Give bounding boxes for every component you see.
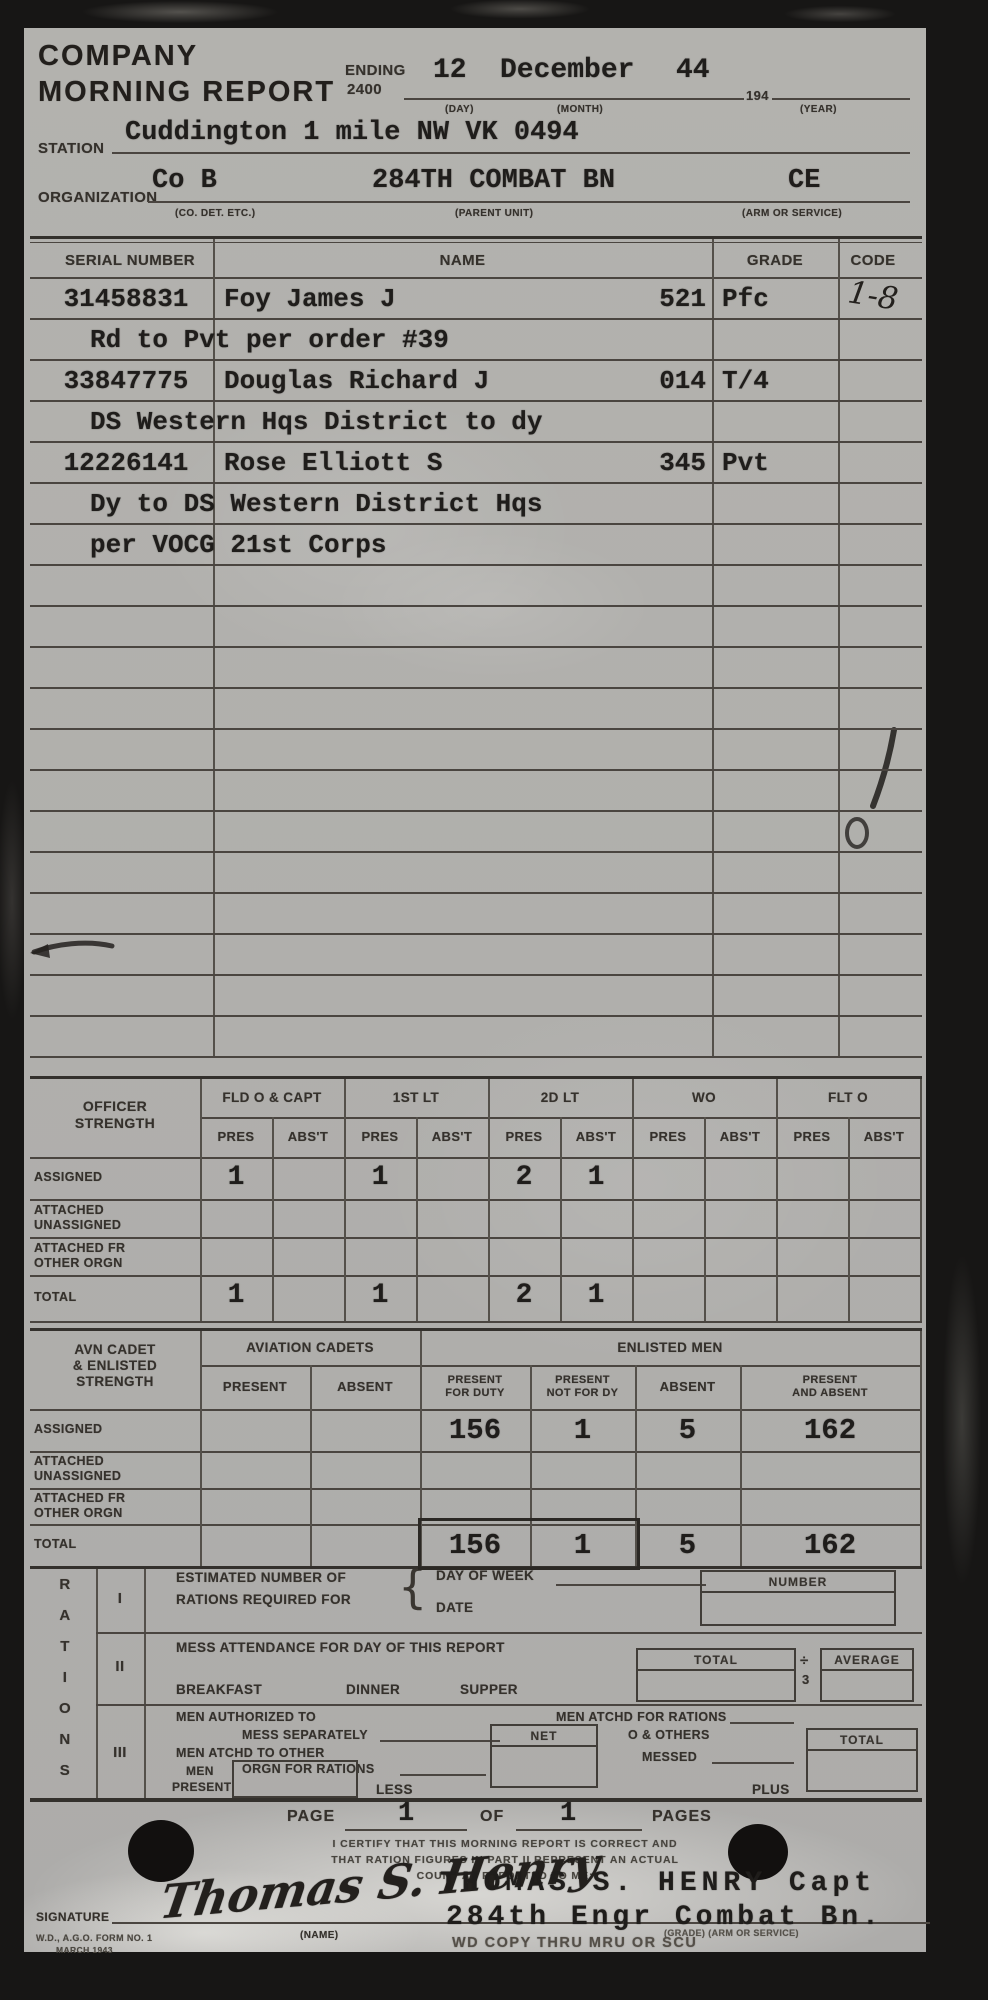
of-label: OF xyxy=(480,1808,504,1826)
page-number: 1 xyxy=(398,1799,414,1829)
officer-sub-header: PRES xyxy=(632,1129,704,1144)
typed-officer-name: THOMAS S. HENRY Capt xyxy=(440,1868,876,1899)
breakfast-label: BREAKFAST xyxy=(176,1682,262,1697)
enlisted-row-label: TOTAL xyxy=(34,1537,196,1552)
men-atchd-line xyxy=(730,1722,794,1724)
roster-remark: Rd to Pvt per order #39 xyxy=(90,325,449,355)
officer-top-rule xyxy=(30,1076,922,1079)
enlisted-sub-divider xyxy=(740,1365,742,1566)
enlisted-cell-value: 5 xyxy=(635,1414,740,1447)
date-label: DATE xyxy=(436,1600,473,1615)
enlisted-sub-divider xyxy=(310,1365,312,1566)
pages-line xyxy=(516,1829,642,1831)
officer-label-divider xyxy=(200,1079,202,1321)
officer-sub-header: ABS'T xyxy=(848,1129,920,1144)
rations-numeral-divider xyxy=(144,1569,146,1798)
divisor: 3 xyxy=(802,1672,810,1687)
signature-label: SIGNATURE xyxy=(36,1910,109,1924)
enlisted-cell-value: 162 xyxy=(740,1529,920,1562)
roster-remark: DS Western Hqs District to dy xyxy=(90,407,542,437)
roster-row-line xyxy=(30,523,922,525)
rations-side-letter: S xyxy=(52,1762,78,1779)
number-box: NUMBER xyxy=(700,1570,896,1626)
day-of-week-line xyxy=(556,1584,706,1586)
roster-row-line xyxy=(30,892,922,894)
enlisted-column-header: PRESENTNOT FOR DY xyxy=(530,1374,635,1400)
enlisted-row-label: ATTACHEDUNASSIGNED xyxy=(34,1454,196,1484)
rations-part2-numeral: II xyxy=(108,1658,132,1675)
roster-name: Douglas Richard J xyxy=(224,366,489,396)
officer-bottom-line xyxy=(30,1321,922,1323)
officer-sub-header: PRES xyxy=(200,1129,272,1144)
roster-name: Rose Elliott S xyxy=(224,448,442,478)
rations-side-letter: R xyxy=(52,1576,78,1593)
enlisted-column-header: PRESENTFOR DUTY xyxy=(420,1374,530,1400)
day-of-week-label: DAY OF WEEK xyxy=(436,1568,534,1583)
messed-label: MESSED xyxy=(642,1750,697,1764)
roster-serial: 12226141 xyxy=(44,448,208,478)
officer-group-divider xyxy=(632,1079,634,1321)
enlisted-row-label: ASSIGNED xyxy=(34,1422,196,1437)
officer-sub-divider xyxy=(704,1117,706,1321)
rations-side-letter: T xyxy=(52,1638,78,1655)
roster-row-line xyxy=(30,646,922,648)
form-date: MARCH 1943 xyxy=(56,1945,113,1955)
officer-row-label: ATTACHED FROTHER ORGN xyxy=(34,1241,196,1271)
orgn-for-rations-line xyxy=(400,1774,486,1776)
officer-sub-header: PRES xyxy=(344,1129,416,1144)
rations-side-letter: I xyxy=(52,1669,78,1686)
officer-sub-header: ABS'T xyxy=(272,1129,344,1144)
officer-sub-header: ABS'T xyxy=(704,1129,776,1144)
total-box-part2-label: TOTAL xyxy=(638,1650,794,1671)
wd-copy-stamp: WD COPY THRU MRU OR SCU xyxy=(452,1935,697,1951)
rations-letters-divider xyxy=(96,1569,98,1798)
enlisted-corner-label: AVN CADET& ENLISTEDSTRENGTH xyxy=(36,1342,194,1390)
officer-sub-header: PRES xyxy=(776,1129,848,1144)
men-present-label2: PRESENT xyxy=(172,1780,231,1794)
roster-row-line xyxy=(30,318,922,320)
enlisted-column-header: ABSENT xyxy=(635,1380,740,1393)
officer-sub-header: PRES xyxy=(488,1129,560,1144)
officer-group-header: FLT O xyxy=(776,1090,920,1105)
dinner-label: DINNER xyxy=(346,1682,400,1697)
officer-cell-value: 1 xyxy=(560,1280,632,1311)
officer-row-line xyxy=(30,1237,922,1239)
mess-separately-line xyxy=(380,1740,500,1742)
name-caption: (NAME) xyxy=(300,1930,339,1941)
officer-row-line xyxy=(30,1275,922,1277)
men-present-label1: MEN xyxy=(186,1764,214,1778)
enlisted-label-divider xyxy=(200,1331,202,1566)
page-label: PAGE xyxy=(287,1808,335,1826)
officer-group-divider xyxy=(776,1079,778,1321)
roster-row-line xyxy=(30,400,922,402)
pages-number: 1 xyxy=(560,1799,576,1829)
officer-group-divider xyxy=(344,1079,346,1321)
roster-serial: 31458831 xyxy=(44,284,208,314)
mess-attendance-label: MESS ATTENDANCE FOR DAY OF THIS REPORT xyxy=(176,1640,505,1655)
roster-mos: 521 xyxy=(580,284,706,314)
roster-mos: 345 xyxy=(580,448,706,478)
men-authorized-label: MEN AUTHORIZED TO xyxy=(176,1710,316,1724)
roster-row-line xyxy=(30,728,922,730)
net-box-label: NET xyxy=(492,1726,596,1747)
typed-officer-unit: 284th Engr Combat Bn. xyxy=(446,1902,883,1933)
officer-group-header: FLD O & CAPT xyxy=(200,1090,344,1105)
enlisted-row-line xyxy=(30,1488,922,1490)
pen-stroke-one xyxy=(873,730,894,806)
officer-row-label: ASSIGNED xyxy=(34,1170,196,1185)
enlisted-column-header: PRESENTAND ABSENT xyxy=(740,1374,920,1400)
roster-remark: Dy to DS Western District Hqs xyxy=(90,489,542,519)
officer-group-header: 1ST LT xyxy=(344,1090,488,1105)
roster-grade: Pfc xyxy=(722,284,826,314)
enlisted-column-header: ABSENT xyxy=(310,1380,420,1393)
enlisted-header-bottom-line xyxy=(30,1409,922,1411)
officer-row-line xyxy=(30,1199,922,1201)
pages-label: PAGES xyxy=(652,1808,712,1826)
roster-row-line xyxy=(30,564,922,566)
officer-sub-divider xyxy=(848,1117,850,1321)
messed-line xyxy=(712,1762,794,1764)
roster-row-line xyxy=(30,1015,922,1017)
officer-sub-header: ABS'T xyxy=(560,1129,632,1144)
rations-divider-1 xyxy=(96,1632,922,1634)
officer-sub-divider xyxy=(560,1117,562,1321)
officer-corner-label: OFFICERSTRENGTH xyxy=(36,1098,194,1132)
enlisted-subheader-line xyxy=(200,1365,920,1367)
pen-box-total xyxy=(418,1518,640,1570)
rations-estimated-line2: RATIONS REQUIRED FOR xyxy=(176,1592,351,1607)
enlisted-cell-value: 1 xyxy=(530,1414,635,1447)
men-atchd-for-rations-label: MEN ATCHD FOR RATIONS xyxy=(556,1710,727,1724)
officer-sub-divider xyxy=(416,1117,418,1321)
roster-row-line xyxy=(30,605,922,607)
men-atchd-other-label: MEN ATCHD TO OTHER xyxy=(176,1746,325,1760)
roster-row-line xyxy=(30,482,922,484)
men-present-box xyxy=(232,1760,358,1798)
total-box-part3-label: TOTAL xyxy=(808,1730,916,1751)
number-box-label: NUMBER xyxy=(702,1572,894,1593)
rations-divider-2 xyxy=(96,1704,922,1706)
net-box: NET xyxy=(490,1724,598,1788)
roster-code: 1-8 xyxy=(845,274,900,317)
officer-group-header: 2D LT xyxy=(488,1090,632,1105)
rations-estimated-line1: ESTIMATED NUMBER OF xyxy=(176,1570,346,1585)
officer-cell-value: 2 xyxy=(488,1280,560,1311)
officer-row-label: ATTACHEDUNASSIGNED xyxy=(34,1203,196,1233)
officer-sub-header: ABS'T xyxy=(416,1129,488,1144)
mess-separately-label: MESS SEPARATELY xyxy=(242,1728,368,1742)
plus-label: PLUS xyxy=(752,1782,790,1797)
officer-header-bottom-line xyxy=(30,1157,922,1159)
total-box-part3: TOTAL xyxy=(806,1728,918,1792)
divide-sign: ÷ xyxy=(800,1652,809,1669)
enlisted-group-header-cadets: AVIATION CADETS xyxy=(200,1340,420,1355)
officer-cell-value: 1 xyxy=(344,1280,416,1311)
enlisted-cell-value: 156 xyxy=(420,1414,530,1447)
roster-grade: Pvt xyxy=(722,448,826,478)
average-box-label: AVERAGE xyxy=(822,1650,912,1671)
roster-serial: 33847775 xyxy=(44,366,208,396)
officer-right-edge xyxy=(920,1079,922,1321)
supper-label: SUPPER xyxy=(460,1682,518,1697)
officer-group-divider xyxy=(488,1079,490,1321)
less-label: LESS xyxy=(376,1782,413,1797)
o-and-others-label: O & OTHERS xyxy=(628,1728,710,1742)
officer-cell-value: 1 xyxy=(200,1162,272,1193)
roster-grade: T/4 xyxy=(722,366,826,396)
officer-cell-value: 1 xyxy=(200,1280,272,1311)
officer-cell-value: 1 xyxy=(344,1162,416,1193)
roster-row-line xyxy=(30,441,922,443)
roster-remark: per VOCG 21st Corps xyxy=(90,530,386,560)
rations-side-letter: A xyxy=(52,1607,78,1624)
scanned-morning-report: COMPANY MORNING REPORT ENDING 2400 12 De… xyxy=(0,0,988,2000)
rations-bottom-rule xyxy=(30,1798,922,1802)
roster-row-line xyxy=(30,359,922,361)
roster-mos: 014 xyxy=(580,366,706,396)
roster-row-line xyxy=(30,769,922,771)
enlisted-cell-value: 5 xyxy=(635,1529,740,1562)
roster-row-line xyxy=(30,851,922,853)
officer-cell-value: 2 xyxy=(488,1162,560,1193)
enlisted-cell-value: 162 xyxy=(740,1414,920,1447)
enlisted-column-header: PRESENT xyxy=(200,1380,310,1393)
officer-group-header: WO xyxy=(632,1090,776,1105)
roster-row-line xyxy=(30,687,922,689)
officer-cell-value: 1 xyxy=(560,1162,632,1193)
total-box-part2: TOTAL xyxy=(636,1648,796,1702)
officer-sub-divider xyxy=(272,1117,274,1321)
rations-part3-numeral: III xyxy=(106,1744,134,1761)
roster-row-line xyxy=(30,810,922,812)
rations-part1-numeral: I xyxy=(108,1590,132,1607)
roster-row-line xyxy=(30,933,922,935)
form-number: W.D., A.G.O. FORM NO. 1 xyxy=(36,1933,152,1943)
pen-stroke-zero xyxy=(847,819,867,847)
enlisted-group-header-men: ENLISTED MEN xyxy=(420,1340,920,1355)
enlisted-top-rule xyxy=(30,1328,922,1331)
enlisted-row-line xyxy=(30,1451,922,1453)
enlisted-row-label: ATTACHED FROTHER ORGN xyxy=(34,1491,196,1521)
rations-side-letter: O xyxy=(52,1700,78,1717)
roster-row-line xyxy=(30,974,922,976)
average-box: AVERAGE xyxy=(820,1648,914,1702)
roster-row-line xyxy=(30,1056,922,1058)
page-line xyxy=(345,1829,467,1831)
officer-row-label: TOTAL xyxy=(34,1290,196,1305)
rations-side-letter: N xyxy=(52,1731,78,1748)
enlisted-right-edge xyxy=(920,1331,922,1566)
roster-name: Foy James J xyxy=(224,284,396,314)
